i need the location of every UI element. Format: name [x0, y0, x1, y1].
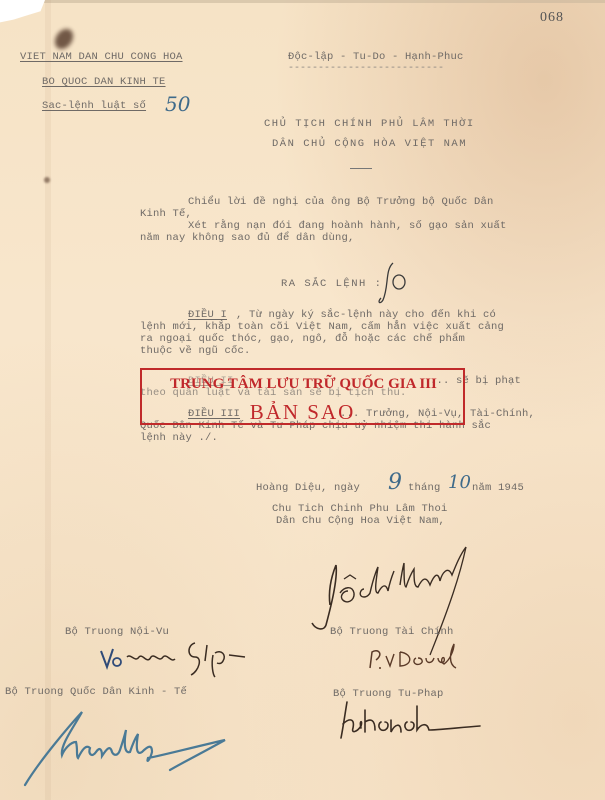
- title-rule: [350, 168, 372, 169]
- title-line-1: CHỦ TỊCH CHÍNH PHỦ LÂM THỜI: [264, 118, 475, 130]
- header-decree-label: Sac-lệnh luật số: [42, 100, 146, 112]
- paper-fold: [45, 0, 51, 800]
- decree-number-handwritten: 50: [165, 92, 190, 116]
- motto-underline: --------------------------: [288, 63, 444, 74]
- article-1-line-4: thuộc về ngũ cốc.: [140, 345, 251, 357]
- preamble-line-2: Kinh Tế,: [140, 208, 192, 220]
- page-number: 068: [540, 10, 564, 26]
- signatory-line-2: Dân Chu Cộng Hoa Việt Nam,: [276, 515, 445, 527]
- date-month-label: tháng: [408, 482, 441, 494]
- article-1-line-1: , Từ ngày ký sắc-lệnh này cho đến khi có: [236, 309, 496, 321]
- article-3-line-3: lệnh này ./.: [140, 432, 218, 444]
- preamble-line-1: Chiểu lời đề nghị của ông Bộ Trưởng bộ Q…: [188, 196, 494, 208]
- justice-minister-signature-icon: [335, 700, 505, 745]
- minister-title-finance: Bộ Truong Tài Chính: [330, 626, 454, 638]
- economy-minister-signature-icon: [20, 700, 250, 800]
- preamble-line-3: Xét rằng nạn đói đang hoành hành, số gạo…: [188, 220, 507, 232]
- ink-blot: [51, 25, 77, 52]
- day-handwritten: 9: [388, 470, 402, 495]
- stamp-copy-label: BẢN SAO: [142, 400, 463, 425]
- preamble-line-4: năm nay không sao đủ để dân dùng,: [140, 232, 355, 244]
- header-ministry: BO QUOC DAN KINH TE: [42, 76, 166, 88]
- archive-copy-stamp: TRUNG TÂM LƯU TRỮ QUỐC GIA III BẢN SAO: [140, 368, 465, 425]
- title-line-2: DÂN CHỦ CỘNG HÒA VIỆT NAM: [272, 138, 467, 150]
- motto: Độc-lập - Tu-Do - Hạnh-Phuc: [288, 51, 464, 63]
- handwritten-decree-mark-icon: [375, 258, 425, 308]
- date-year: năm 1945: [472, 482, 524, 494]
- header-country: VIET NAM DAN CHU CONG HOA: [20, 51, 183, 63]
- torn-corner: [0, 0, 45, 28]
- date-place: Hoàng Diệu, ngày: [256, 482, 360, 494]
- month-handwritten: 10: [448, 472, 471, 493]
- signatory-line-1: Chu Tich Chinh Phu Lâm Thoi: [272, 503, 448, 515]
- article-1-line-2: lệnh mới, khắp toàn cõi Việt Nam, cấm hẳ…: [140, 321, 504, 333]
- decree-heading: RA SẮC LỆNH :: [281, 278, 382, 290]
- page-top-edge: [40, 0, 605, 3]
- document-page: 068 VIET NAM DAN CHU CONG HOA BO QUOC DA…: [0, 0, 605, 800]
- article-1-label: ĐIỀU I: [188, 309, 227, 321]
- interior-minister-signature-icon: [95, 635, 265, 685]
- stamp-archive-name: TRUNG TÂM LƯU TRỮ QUỐC GIA III: [146, 376, 461, 393]
- minister-title-justice: Bộ Truong Tu-Phap: [333, 688, 444, 700]
- article-1-line-3: ra ngoại quốc thóc, gạo, ngô, đỗ hoặc cá…: [140, 333, 465, 345]
- minister-title-economy: Bộ Truong Quốc Dân Kinh - Tế: [5, 686, 187, 698]
- finance-minister-signature-icon: [360, 642, 480, 682]
- ink-spot: [44, 177, 50, 183]
